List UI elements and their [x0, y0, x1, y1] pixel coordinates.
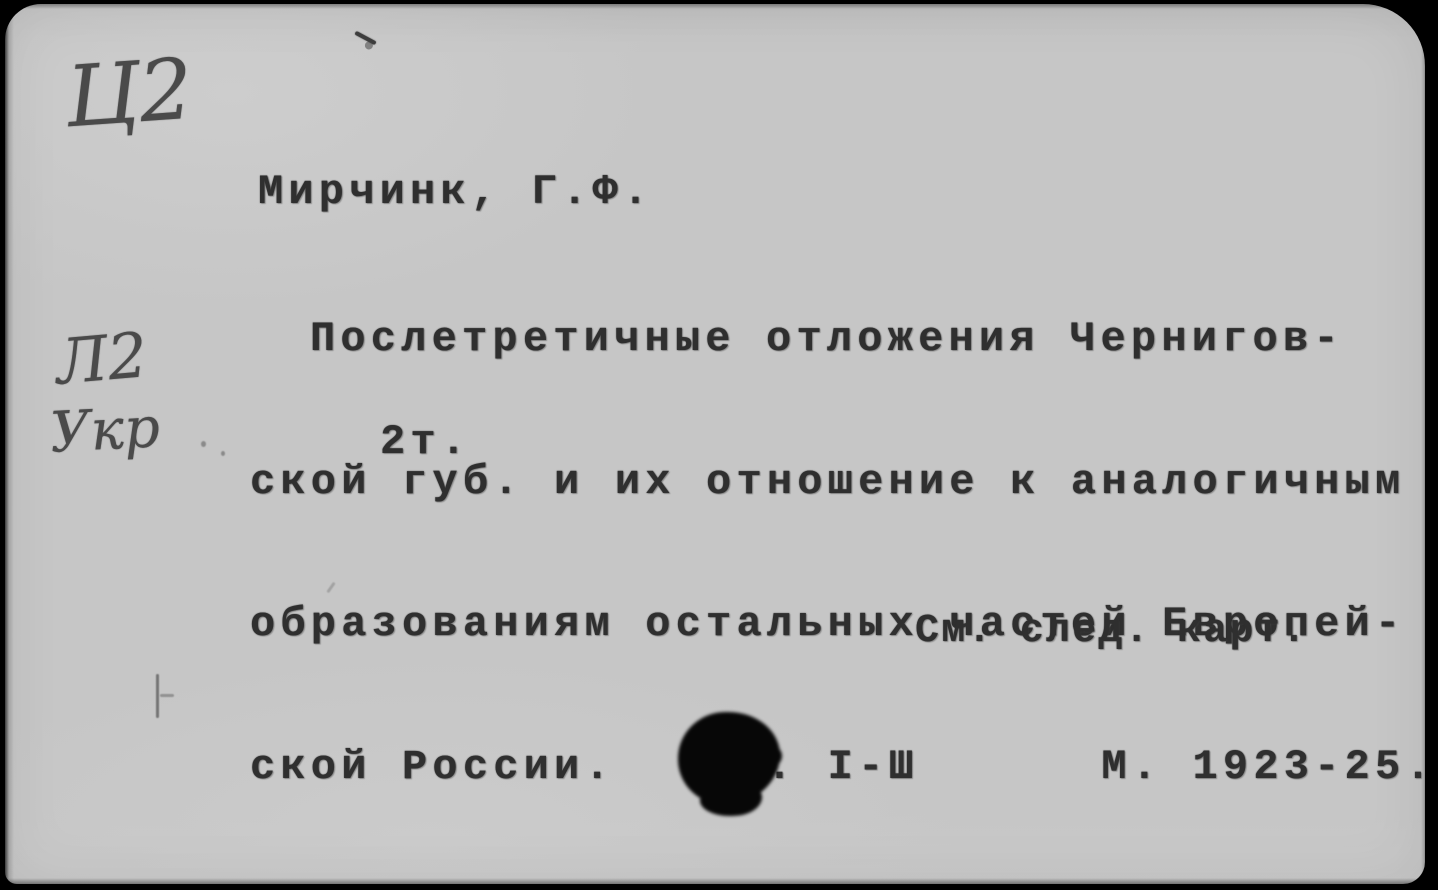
pencil-dot — [201, 441, 206, 447]
handwritten-language-mark: Укр — [48, 395, 161, 466]
handwritten-class-mark: Л2 — [53, 318, 150, 399]
title-block: Послетретичные отложения Чернигов- ской … — [250, 221, 1436, 886]
pencil-registration-mark — [154, 674, 178, 720]
punch-hole-blob — [700, 780, 762, 816]
pencil-horizontal-dash — [160, 694, 174, 697]
pencil-dot — [221, 451, 225, 456]
volumes-line: 2т. — [380, 420, 471, 464]
pencil-vertical-stroke — [156, 674, 159, 718]
handwritten-shelf-mark: Ц2 — [63, 40, 196, 147]
author-line: Мирчинк, Г.Ф. — [258, 170, 653, 214]
title-line: ской России. Гл. I-Ш М. 1923-25. — [250, 744, 1436, 792]
title-line: Послетретичные отложения Чернигов- — [250, 316, 1436, 364]
punch-hole-mark — [674, 708, 792, 820]
see-next-card-note: См. след. карт. — [915, 610, 1308, 654]
catalog-card-scan: Ц2 Л2 Укр Мирчинк, Г.Ф. Послетретичные о… — [0, 0, 1438, 890]
